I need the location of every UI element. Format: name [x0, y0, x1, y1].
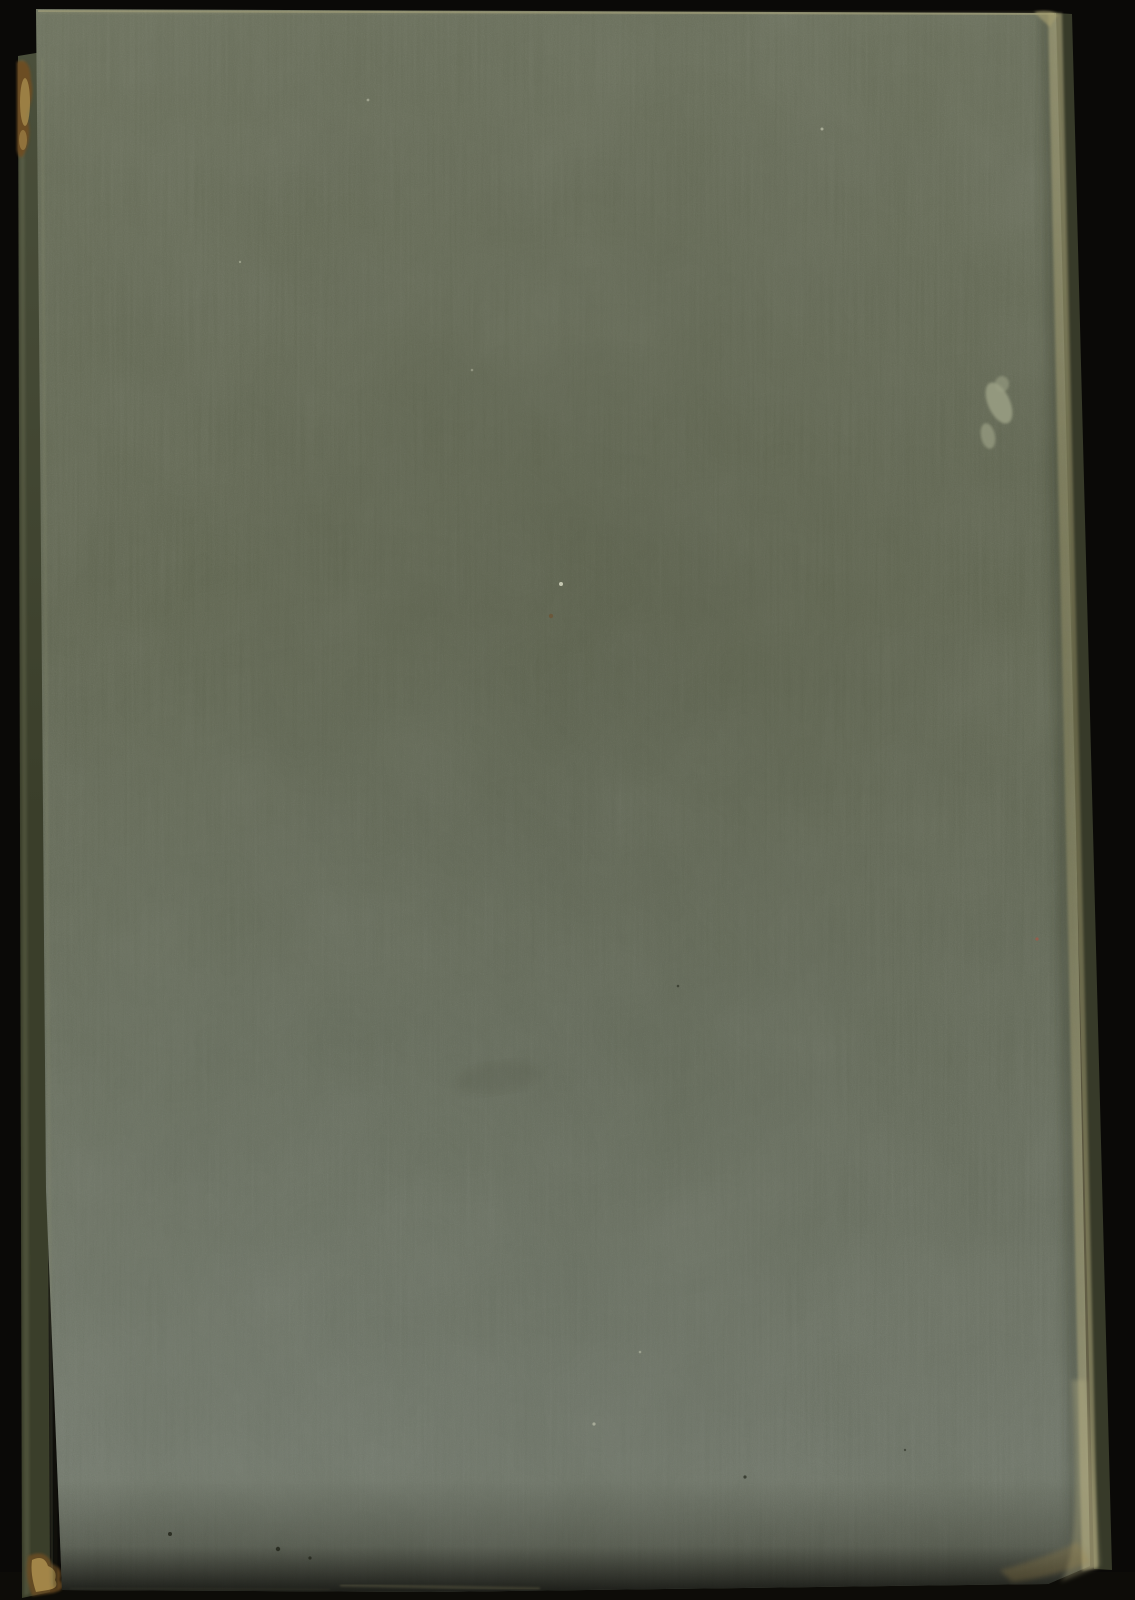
book-cover — [30, 0, 1100, 1600]
cover-bottom-fade — [30, 1480, 1100, 1600]
scanned-book-cover-photo — [0, 0, 1135, 1600]
cloth-rib-texture — [30, 0, 1100, 1600]
scan-canvas — [0, 0, 1135, 1600]
